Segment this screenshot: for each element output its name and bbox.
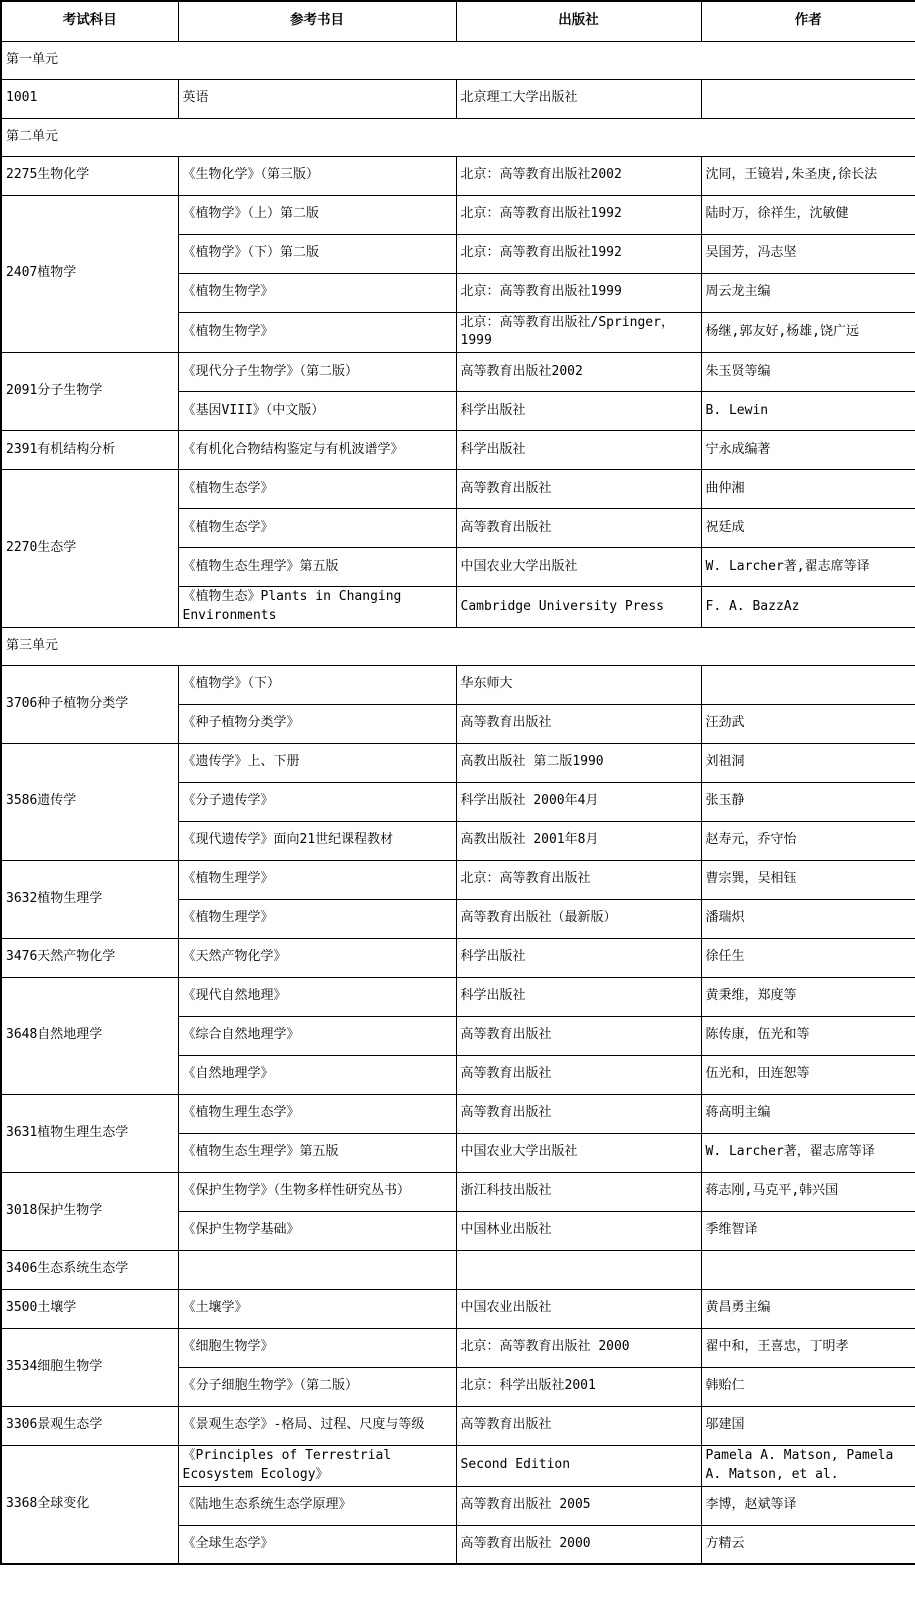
- book-title-cell: 《植物学》（上）第二版: [178, 195, 456, 234]
- subject-cell: 3306景观生态学: [1, 1406, 178, 1445]
- header-row: 考试科目 参考书目 出版社 作者: [1, 1, 915, 41]
- author-cell: 季维智译: [701, 1211, 915, 1250]
- book-title-cell: 《细胞生物学》: [178, 1328, 456, 1367]
- author-cell: 邬建国: [701, 1406, 915, 1445]
- book-row: 3476天然产物化学《天然产物化学》科学出版社徐任生: [1, 938, 915, 977]
- section-title: 第三单元: [1, 627, 915, 665]
- publisher-cell: 中国农业大学出版社: [456, 548, 701, 587]
- publisher-cell: 中国林业出版社: [456, 1211, 701, 1250]
- author-cell: 陈传康，伍光和等: [701, 1016, 915, 1055]
- reference-books-table: 考试科目 参考书目 出版社 作者 第一单元1001英语北京理工大学出版社第二单元…: [0, 0, 915, 1565]
- subject-cell: 3018保护生物学: [1, 1172, 178, 1250]
- author-cell: W. Larcher著,翟志席等译: [701, 548, 915, 587]
- book-title-cell: 《植物生态》Plants in Changing Environments: [178, 587, 456, 628]
- book-row: 3018保护生物学《保护生物学》（生物多样性研究丛书）浙江科技出版社蒋志刚,马克…: [1, 1172, 915, 1211]
- book-title-cell: 《自然地理学》: [178, 1055, 456, 1094]
- publisher-cell: Second Edition: [456, 1445, 701, 1486]
- book-title-cell: 《植物生物学》: [178, 273, 456, 312]
- author-cell: 祝廷成: [701, 509, 915, 548]
- subject-cell: 1001: [1, 79, 178, 118]
- column-header-publisher: 出版社: [456, 1, 701, 41]
- subject-cell: 3706种子植物分类学: [1, 665, 178, 743]
- author-cell: 伍光和，田连恕等: [701, 1055, 915, 1094]
- book-title-cell: 《基因VIII》（中文版）: [178, 392, 456, 431]
- subject-cell: 3534细胞生物学: [1, 1328, 178, 1406]
- book-title-cell: 《分子遗传学》: [178, 782, 456, 821]
- book-title-cell: 《综合自然地理学》: [178, 1016, 456, 1055]
- book-row: 3368全球变化《Principles of Terrestrial Ecosy…: [1, 1445, 915, 1486]
- publisher-cell: 高等教育出版社: [456, 1016, 701, 1055]
- book-row: 3631植物生理生态学《植物生理生态学》高等教育出版社蒋高明主编: [1, 1094, 915, 1133]
- subject-cell: 2275生物化学: [1, 156, 178, 195]
- book-title-cell: 《植物生态学》: [178, 470, 456, 509]
- section-row: 第一单元: [1, 41, 915, 79]
- author-cell: 张玉静: [701, 782, 915, 821]
- book-title-cell: 《植物学》（下）: [178, 665, 456, 704]
- author-cell: 蒋高明主编: [701, 1094, 915, 1133]
- book-title-cell: 《植物生态生理学》第五版: [178, 1133, 456, 1172]
- publisher-cell: [456, 1250, 701, 1289]
- book-row: 3534细胞生物学《细胞生物学》北京：高等教育出版社 2000翟中和，王喜忠，丁…: [1, 1328, 915, 1367]
- book-title-cell: 《植物生物学》: [178, 312, 456, 353]
- author-cell: 翟中和，王喜忠，丁明孝: [701, 1328, 915, 1367]
- publisher-cell: 高等教育出版社: [456, 1406, 701, 1445]
- subject-cell: 3500土壤学: [1, 1289, 178, 1328]
- publisher-cell: 高等教育出版社 2000: [456, 1525, 701, 1564]
- publisher-cell: 科学出版社: [456, 392, 701, 431]
- author-cell: 赵寿元，乔守怡: [701, 821, 915, 860]
- book-title-cell: 《现代遗传学》面向21世纪课程教材: [178, 821, 456, 860]
- author-cell: [701, 1250, 915, 1289]
- publisher-cell: Cambridge University Press: [456, 587, 701, 628]
- book-row: 3632植物生理学《植物生理学》北京：高等教育出版社曹宗巽，吴相钰: [1, 860, 915, 899]
- publisher-cell: 中国农业出版社: [456, 1289, 701, 1328]
- book-title-cell: 《保护生物学》（生物多样性研究丛书）: [178, 1172, 456, 1211]
- book-title-cell: 英语: [178, 79, 456, 118]
- book-title-cell: 《植物生态生理学》第五版: [178, 548, 456, 587]
- subject-cell: 3586遗传学: [1, 743, 178, 860]
- book-row: 2391有机结构分析《有机化合物结构鉴定与有机波谱学》科学出版社宁永成编著: [1, 431, 915, 470]
- subject-cell: 3476天然产物化学: [1, 938, 178, 977]
- section-row: 第二单元: [1, 118, 915, 156]
- author-cell: 黄秉维，郑度等: [701, 977, 915, 1016]
- author-cell: [701, 79, 915, 118]
- publisher-cell: 北京：高等教育出版社/Springer，1999: [456, 312, 701, 353]
- publisher-cell: 科学出版社: [456, 938, 701, 977]
- book-title-cell: 《现代自然地理》: [178, 977, 456, 1016]
- book-title-cell: 《植物生理学》: [178, 899, 456, 938]
- publisher-cell: 科学出版社 2000年4月: [456, 782, 701, 821]
- publisher-cell: 北京：高等教育出版社 2000: [456, 1328, 701, 1367]
- author-cell: B. Lewin: [701, 392, 915, 431]
- book-row: 3648自然地理学《现代自然地理》科学出版社黄秉维，郑度等: [1, 977, 915, 1016]
- publisher-cell: 北京：高等教育出版社1992: [456, 234, 701, 273]
- author-cell: 黄昌勇主编: [701, 1289, 915, 1328]
- subject-cell: 2391有机结构分析: [1, 431, 178, 470]
- publisher-cell: 北京：科学出版社2001: [456, 1367, 701, 1406]
- book-title-cell: 《分子细胞生物学》（第二版）: [178, 1367, 456, 1406]
- book-title-cell: 《植物生理学》: [178, 860, 456, 899]
- author-cell: 沈同，王镜岩,朱圣庚,徐长法: [701, 156, 915, 195]
- subject-cell: 2091分子生物学: [1, 353, 178, 431]
- subject-cell: 2270生态学: [1, 470, 178, 628]
- book-title-cell: 《保护生物学基础》: [178, 1211, 456, 1250]
- book-row: 2270生态学《植物生态学》高等教育出版社曲仲湘: [1, 470, 915, 509]
- author-cell: 吴国芳，冯志坚: [701, 234, 915, 273]
- book-title-cell: 《天然产物化学》: [178, 938, 456, 977]
- author-cell: 韩贻仁: [701, 1367, 915, 1406]
- publisher-cell: 高等教育出版社: [456, 509, 701, 548]
- subject-cell: 3632植物生理学: [1, 860, 178, 938]
- author-cell: 汪劲武: [701, 704, 915, 743]
- publisher-cell: 高等教育出版社: [456, 1094, 701, 1133]
- author-cell: 方精云: [701, 1525, 915, 1564]
- book-title-cell: 《景观生态学》-格局、过程、尺度与等级: [178, 1406, 456, 1445]
- book-row: 2091分子生物学《现代分子生物学》（第二版）高等教育出版社2002朱玉贤等编: [1, 353, 915, 392]
- subject-cell: 3368全球变化: [1, 1445, 178, 1564]
- publisher-cell: 华东师大: [456, 665, 701, 704]
- column-header-exam-subject: 考试科目: [1, 1, 178, 41]
- author-cell: F. A. BazzAz: [701, 587, 915, 628]
- publisher-cell: 高等教育出版社: [456, 1055, 701, 1094]
- book-row: 3706种子植物分类学《植物学》（下）华东师大: [1, 665, 915, 704]
- book-row: 3406生态系统生态学: [1, 1250, 915, 1289]
- subject-cell: 3631植物生理生态学: [1, 1094, 178, 1172]
- subject-cell: 3648自然地理学: [1, 977, 178, 1094]
- section-title: 第一单元: [1, 41, 915, 79]
- author-cell: 宁永成编著: [701, 431, 915, 470]
- book-title-cell: 《现代分子生物学》（第二版）: [178, 353, 456, 392]
- author-cell: Pamela A. Matson, Pamela A. Matson, et a…: [701, 1445, 915, 1486]
- author-cell: [701, 665, 915, 704]
- publisher-cell: 高等教育出版社 2005: [456, 1486, 701, 1525]
- book-title-cell: 《种子植物分类学》: [178, 704, 456, 743]
- book-title-cell: 《有机化合物结构鉴定与有机波谱学》: [178, 431, 456, 470]
- book-row: 2275生物化学《生物化学》（第三版）北京：高等教育出版社2002沈同，王镜岩,…: [1, 156, 915, 195]
- author-cell: 李博，赵斌等译: [701, 1486, 915, 1525]
- book-title-cell: 《遗传学》上、下册: [178, 743, 456, 782]
- publisher-cell: 高等教育出版社2002: [456, 353, 701, 392]
- publisher-cell: 高等教育出版社: [456, 704, 701, 743]
- publisher-cell: 中国农业大学出版社: [456, 1133, 701, 1172]
- publisher-cell: 北京：高等教育出版社: [456, 860, 701, 899]
- book-title-cell: 《植物生态学》: [178, 509, 456, 548]
- author-cell: 刘祖洞: [701, 743, 915, 782]
- publisher-cell: 北京：高等教育出版社1999: [456, 273, 701, 312]
- publisher-cell: 高等教育出版社（最新版）: [456, 899, 701, 938]
- book-row: 3586遗传学《遗传学》上、下册高教出版社 第二版1990刘祖洞: [1, 743, 915, 782]
- publisher-cell: 科学出版社: [456, 977, 701, 1016]
- column-header-author: 作者: [701, 1, 915, 41]
- subject-cell: 2407植物学: [1, 195, 178, 353]
- column-header-reference-books: 参考书目: [178, 1, 456, 41]
- book-title-cell: 《植物学》（下）第二版: [178, 234, 456, 273]
- book-row: 3306景观生态学《景观生态学》-格局、过程、尺度与等级高等教育出版社邬建国: [1, 1406, 915, 1445]
- book-row: 3500土壤学《土壤学》中国农业出版社黄昌勇主编: [1, 1289, 915, 1328]
- book-title-cell: 《生物化学》（第三版）: [178, 156, 456, 195]
- author-cell: 潘瑞炽: [701, 899, 915, 938]
- publisher-cell: 高等教育出版社: [456, 470, 701, 509]
- publisher-cell: 北京：高等教育出版社2002: [456, 156, 701, 195]
- publisher-cell: 浙江科技出版社: [456, 1172, 701, 1211]
- author-cell: 杨继,郭友好,杨雄,饶广远: [701, 312, 915, 353]
- book-row: 2407植物学《植物学》（上）第二版北京：高等教育出版社1992陆时万，徐祥生，…: [1, 195, 915, 234]
- book-title-cell: 《全球生态学》: [178, 1525, 456, 1564]
- section-title: 第二单元: [1, 118, 915, 156]
- author-cell: 蒋志刚,马克平,韩兴国: [701, 1172, 915, 1211]
- book-title-cell: 《陆地生态系统生态学原理》: [178, 1486, 456, 1525]
- book-row: 1001英语北京理工大学出版社: [1, 79, 915, 118]
- subject-cell: 3406生态系统生态学: [1, 1250, 178, 1289]
- publisher-cell: 高教出版社 2001年8月: [456, 821, 701, 860]
- book-title-cell: [178, 1250, 456, 1289]
- author-cell: 徐任生: [701, 938, 915, 977]
- author-cell: 陆时万，徐祥生，沈敏健: [701, 195, 915, 234]
- section-row: 第三单元: [1, 627, 915, 665]
- book-title-cell: 《Principles of Terrestrial Ecosystem Eco…: [178, 1445, 456, 1486]
- publisher-cell: 高教出版社 第二版1990: [456, 743, 701, 782]
- author-cell: 曹宗巽，吴相钰: [701, 860, 915, 899]
- author-cell: W. Larcher著，翟志席等译: [701, 1133, 915, 1172]
- publisher-cell: 科学出版社: [456, 431, 701, 470]
- book-title-cell: 《植物生理生态学》: [178, 1094, 456, 1133]
- book-title-cell: 《土壤学》: [178, 1289, 456, 1328]
- author-cell: 朱玉贤等编: [701, 353, 915, 392]
- table-body: 第一单元1001英语北京理工大学出版社第二单元2275生物化学《生物化学》（第三…: [1, 41, 915, 1564]
- author-cell: 周云龙主编: [701, 273, 915, 312]
- publisher-cell: 北京理工大学出版社: [456, 79, 701, 118]
- publisher-cell: 北京：高等教育出版社1992: [456, 195, 701, 234]
- author-cell: 曲仲湘: [701, 470, 915, 509]
